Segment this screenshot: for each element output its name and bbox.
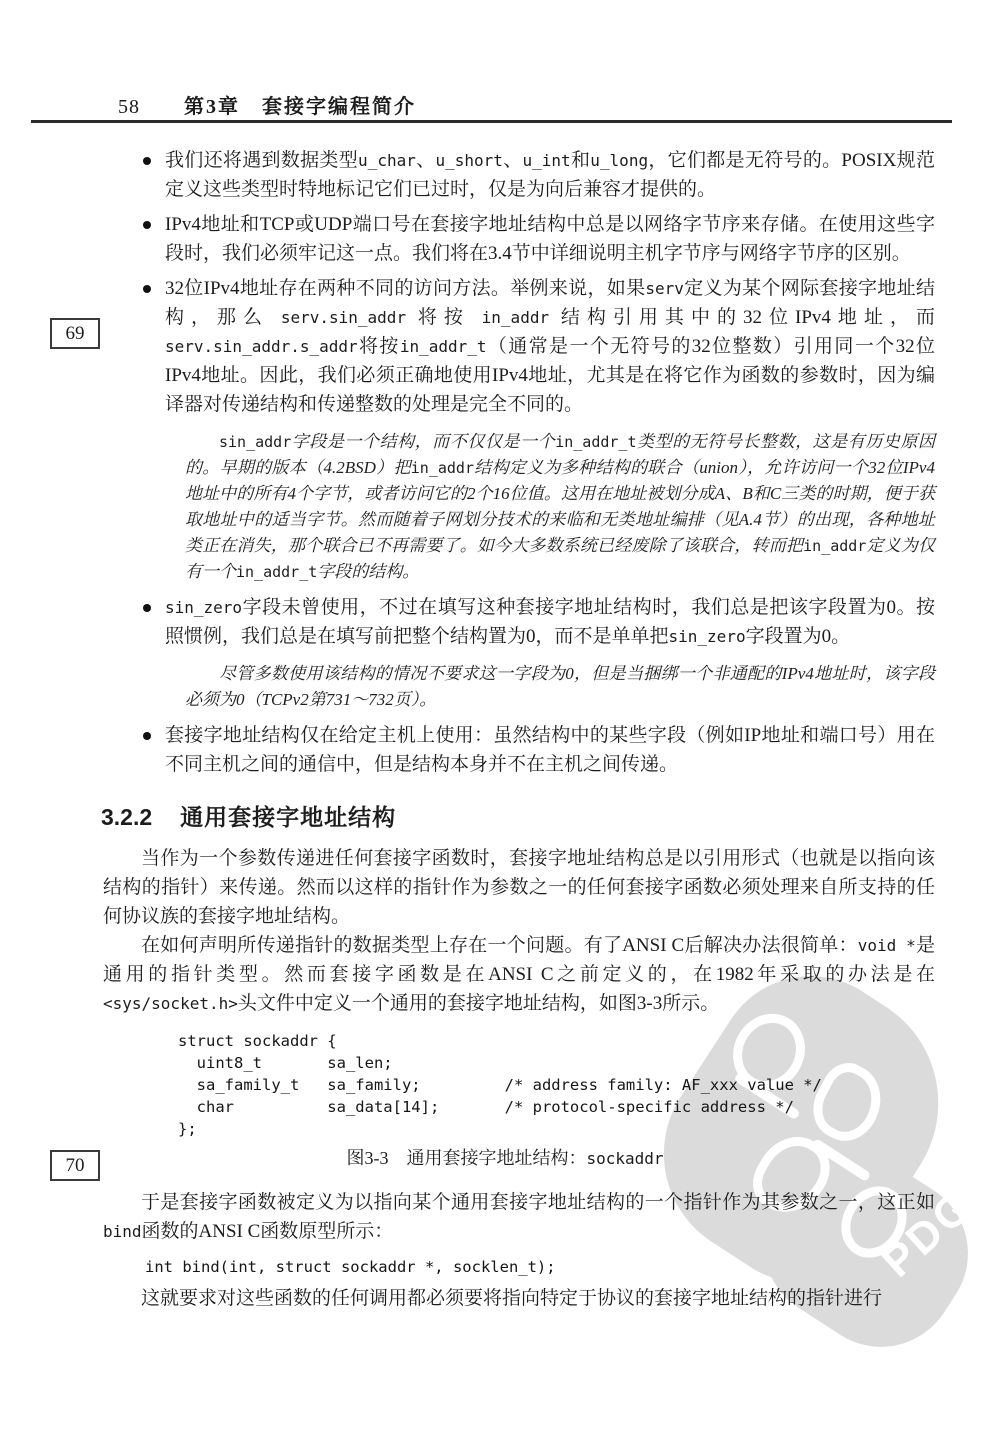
inline-code: in_addr_t — [236, 563, 317, 581]
text-run: 我们还将遇到数据类型 — [165, 150, 358, 171]
inline-code: serv.sin_addr — [281, 308, 406, 327]
inline-code: in_addr_t — [555, 433, 636, 451]
text-run: 于是套接字函数被定义为以指向某个通用套接字地址结构的一个指针作为其参数之一，这正… — [141, 1192, 935, 1213]
inline-code: u_char — [358, 151, 416, 170]
text-run: 字段是一个结构，而不仅仅是一个 — [291, 432, 555, 451]
bullet-item: IPv4地址和TCP或UDP端口号在套接字地址结构中总是以网络字节序来存储。在使… — [103, 210, 935, 268]
bullet-item: 32位IPv4地址存在两种不同的访问方法。举例来说，如果serv定义为某个网际套… — [103, 274, 935, 419]
section-number: 3.2.2 — [101, 804, 152, 830]
inline-code: void * — [858, 936, 916, 955]
paragraph: 在如何声明所传递指针的数据类型上存在一个问题。有了ANSI C后解决办法很简单：… — [103, 931, 935, 1018]
inline-code: bind — [103, 1222, 142, 1241]
bullet-icon — [143, 221, 151, 229]
bullet-icon — [143, 285, 151, 293]
text-run: 、 — [503, 150, 523, 171]
bullet-icon — [143, 732, 151, 740]
paragraph: 这就要求对这些函数的任何调用都必须要将指向特定于协议的套接字地址结构的指针进行 — [103, 1284, 935, 1313]
page-content: 我们还将遇到数据类型u_char、u_short、u_int和u_long，它们… — [0, 146, 983, 1313]
indented-note: 尽管多数使用该结构的情况不要求这一字段为0，但是当捆绑一个非通配的IPv4地址时… — [185, 661, 935, 713]
indented-note: sin_addr字段是一个结构，而不仅仅是一个in_addr_t类型的无符号长整… — [185, 429, 935, 585]
inline-code: serv — [645, 279, 684, 298]
inline-code: sin_zero — [669, 627, 746, 646]
inline-code: sin_zero — [165, 598, 242, 617]
inline-code: u_int — [523, 151, 571, 170]
header-rule — [31, 120, 952, 123]
text-run: 32位IPv4地址存在两种不同的访问方法。举例来说，如果 — [165, 278, 645, 299]
paragraph: 当作为一个参数传递进任何套接字函数时，套接字地址结构总是以引用形式（也就是以指向… — [103, 844, 935, 931]
inline-code: in_addr — [411, 459, 474, 477]
text-run: 这就要求对这些函数的任何调用都必须要将指向特定于协议的套接字地址结构的指针进行 — [141, 1288, 882, 1309]
inline-code: serv.sin_addr.s_addr — [165, 337, 358, 356]
section-title: 通用套接字地址结构 — [180, 804, 396, 830]
text-run: 头文件中定义一个通用的套接字地址结构，如图3-3所示。 — [238, 993, 719, 1014]
text-run: IPv4地址和TCP或UDP端口号在套接字地址结构中总是以网络字节序来存储。在使… — [165, 214, 935, 264]
page-header: 58第3章 套接字编程简介 — [118, 90, 416, 119]
text-run: 套接字地址结构仅在给定主机上使用：虽然结构中的某些字段（例如IP地址和端口号）用… — [165, 725, 935, 775]
text-run: 当作为一个参数传递进任何套接字函数时，套接字地址结构总是以引用形式（也就是以指向… — [103, 848, 935, 927]
section-heading: 3.2.2通用套接字地址结构 — [101, 799, 935, 832]
inline-code: <sys/socket.h> — [103, 994, 238, 1013]
code-block: struct sockaddr { uint8_t sa_len; sa_fam… — [178, 1030, 935, 1140]
text-run: 图3-3 通用套接字地址结构： — [346, 1148, 586, 1168]
inline-code: in_addr — [803, 537, 866, 555]
text-run: 将按 — [358, 336, 400, 357]
bullet-icon — [143, 157, 151, 165]
text-run: 尽管多数使用该结构的情况不要求这一字段为0，但是当捆绑一个非通配的IPv4地址时… — [185, 664, 935, 709]
figure-caption: 图3-3 通用套接字地址结构：sockaddr — [103, 1144, 907, 1170]
scanned-book-page: 58第3章 套接字编程简介 69 70 PDG 我们还将遇到数据类型u_char… — [0, 0, 983, 1447]
code-line: int bind(int, struct sockaddr *, socklen… — [145, 1256, 935, 1278]
inline-code: in_addr_t — [400, 337, 487, 356]
bullet-item: sin_zero字段未曾使用，不过在填写这种套接字地址结构时，我们总是把该字段置… — [103, 593, 935, 651]
text-run: 字段置为0。 — [746, 626, 851, 647]
text-run: 函数的ANSI C函数原型所示： — [142, 1221, 394, 1242]
text-run: 字段的结构。 — [317, 562, 419, 581]
inline-code: in_addr — [482, 308, 549, 327]
bullet-item: 我们还将遇到数据类型u_char、u_short、u_int和u_long，它们… — [103, 146, 935, 204]
page-number: 58 — [118, 96, 140, 119]
inline-code: u_short — [435, 151, 502, 170]
text-run: 将按 — [406, 307, 482, 328]
text-run: 和 — [571, 150, 591, 171]
text-run: 在如何声明所传递指针的数据类型上存在一个问题。有了ANSI C后解决办法很简单： — [141, 935, 858, 956]
text-run: 结构引用其中的32位IPv4地址，而 — [549, 307, 935, 328]
bullet-item: 套接字地址结构仅在给定主机上使用：虽然结构中的某些字段（例如IP地址和端口号）用… — [103, 721, 935, 779]
bullet-icon — [143, 604, 151, 612]
text-run: 、 — [416, 150, 436, 171]
inline-code: sockaddr — [586, 1149, 663, 1168]
paragraph: 于是套接字函数被定义为以指向某个通用套接字地址结构的一个指针作为其参数之一，这正… — [103, 1188, 935, 1246]
inline-code: u_long — [590, 151, 648, 170]
chapter-title: 第3章 套接字编程简介 — [184, 96, 416, 118]
inline-code: sin_addr — [219, 433, 291, 451]
